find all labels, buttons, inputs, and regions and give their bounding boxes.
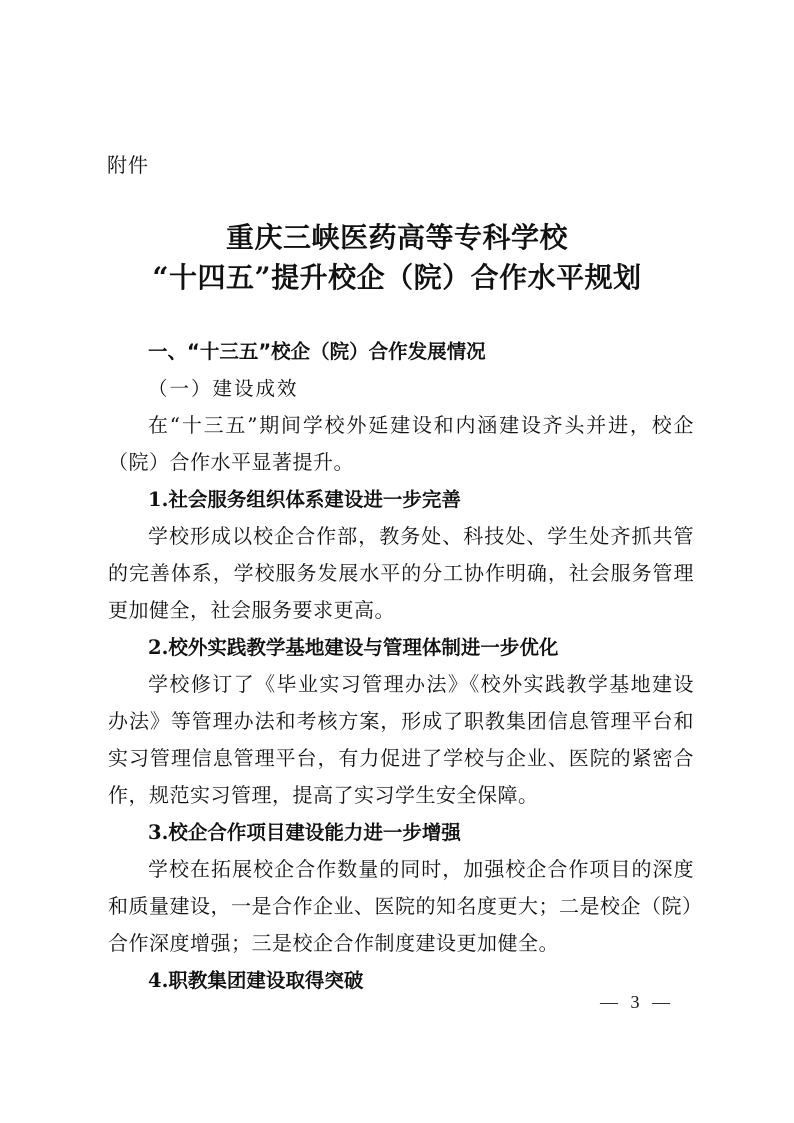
paragraph-line: 作，规范实习管理，提高了实习学生安全保障。 (108, 777, 694, 814)
item-heading-3: 3.校企合作项目建设能力进一步增强 (108, 814, 694, 851)
paragraph-line: 实习管理信息管理平台，有力促进了学校与企业、医院的紧密合 (108, 740, 694, 777)
page-number: — 3 — (600, 992, 674, 1013)
paragraph-line: 和质量建设，一是合作企业、医院的知名度更大；二是校企（院） (108, 888, 694, 925)
document-title-line-2: “十四五”提升校企（院）合作水平规划 (0, 256, 794, 296)
attachment-label: 附件 (107, 149, 149, 178)
paragraph-line: 的完善体系，学校服务发展水平的分工协作明确，社会服务管理 (108, 555, 694, 592)
paragraph-line: （院）合作水平显著提升。 (108, 444, 694, 481)
paragraph-line: 学校在拓展校企合作数量的同时，加强校企合作项目的深度 (108, 851, 694, 888)
paragraph-line: 合作深度增强；三是校企合作制度建设更加健全。 (108, 925, 694, 962)
paragraph-line: 学校形成以校企合作部，教务处、科技处、学生处齐抓共管 (108, 518, 694, 555)
paragraph-line: 办法》等管理办法和考核方案，形成了职教集团信息管理平台和 (108, 703, 694, 740)
document-title-line-1: 重庆三峡医药高等专科学校 (0, 216, 794, 256)
item-heading-2: 2.校外实践教学基地建设与管理体制进一步优化 (108, 629, 694, 666)
paragraph-line: 在“十三五”期间学校外延建设和内涵建设齐头并进，校企 (108, 407, 694, 444)
subsection-heading: （一）建设成效 (108, 370, 694, 407)
section-heading-1: 一、“十三五”校企（院）合作发展情况 (108, 333, 694, 370)
paragraph-line: 更加健全，社会服务要求更高。 (108, 592, 694, 629)
document-body: 一、“十三五”校企（院）合作发展情况 （一）建设成效 在“十三五”期间学校外延建… (108, 333, 694, 999)
paragraph-line: 学校修订了《毕业实习管理办法》《校外实践教学基地建设 (108, 666, 694, 703)
item-heading-1: 1.社会服务组织体系建设进一步完善 (108, 481, 694, 518)
